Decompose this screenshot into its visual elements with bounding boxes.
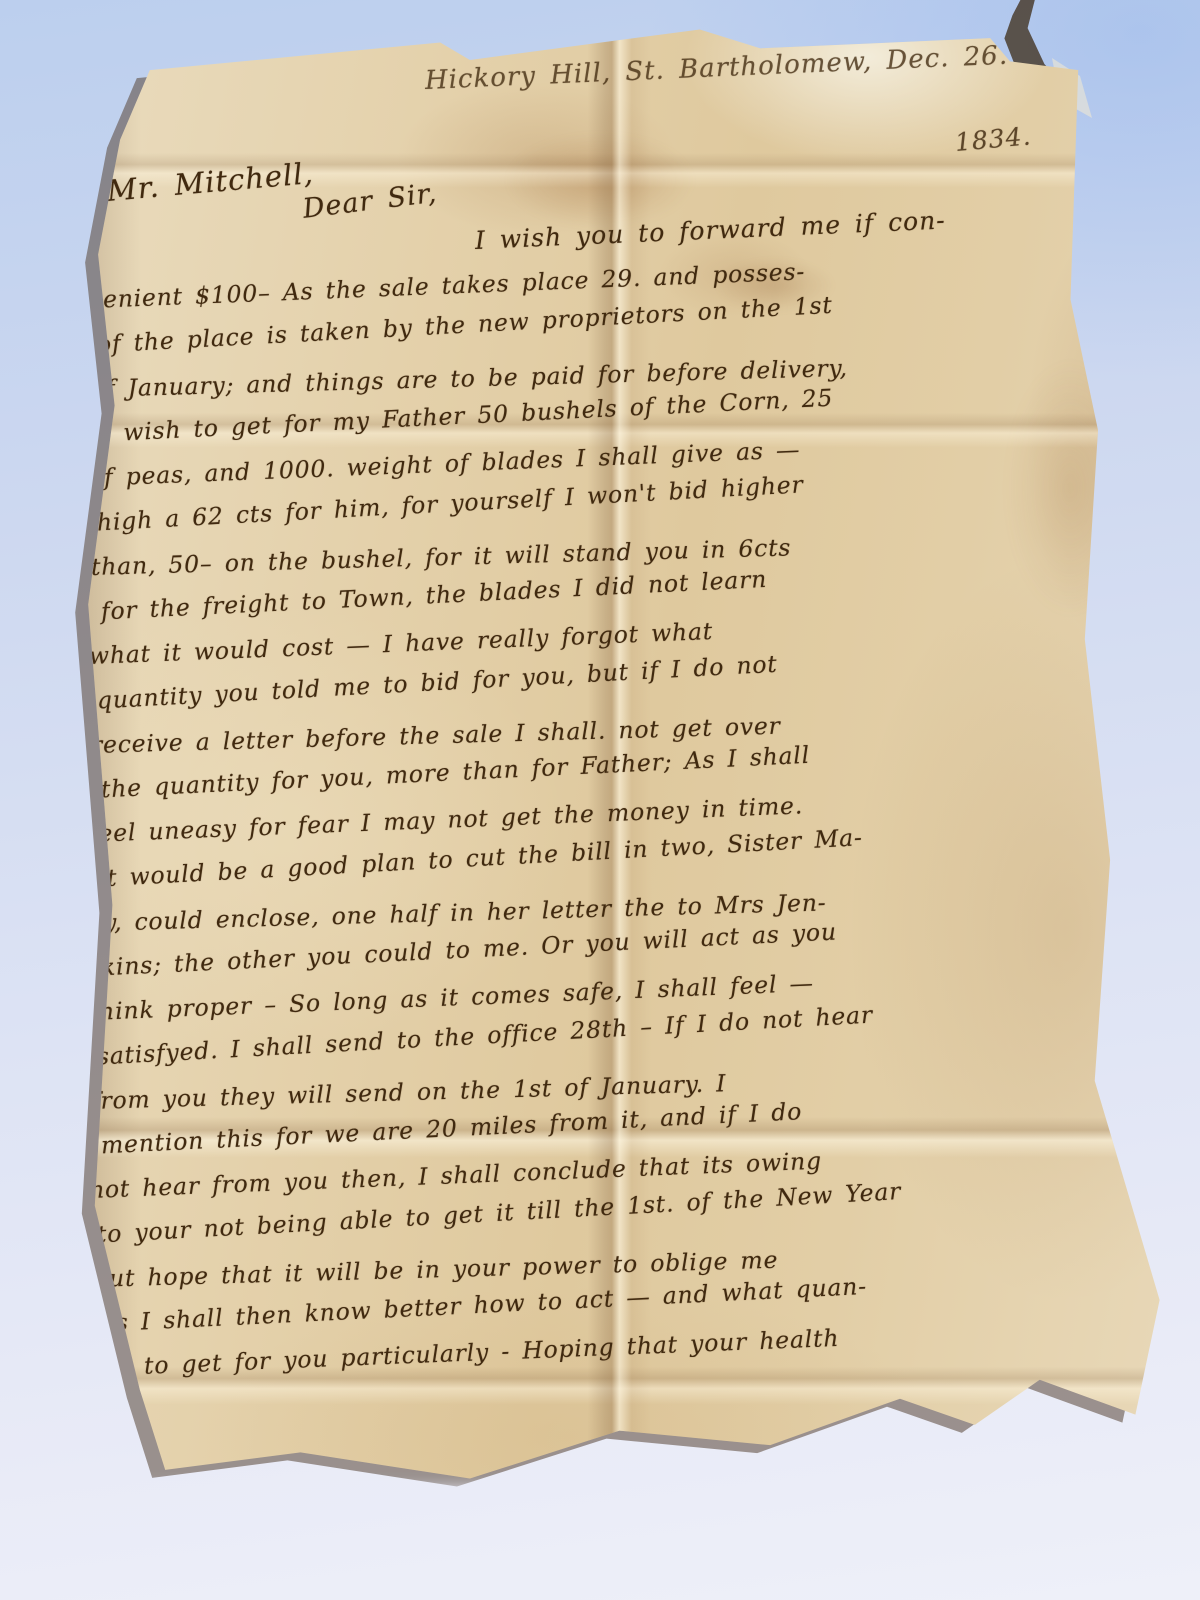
letter-paper: Hickory Hill, St. Bartholomew, Dec. 26. … (75, 28, 1175, 1480)
paper-stain (505, 133, 695, 228)
photo-background: Hickory Hill, St. Bartholomew, Dec. 26. … (0, 0, 1200, 1600)
dateline: Hickory Hill, St. Bartholomew, Dec. 26. (424, 41, 1008, 96)
dateline-year: 1834. (954, 121, 1033, 157)
greeting: Dear Sir, (301, 178, 439, 225)
letter-body: venient $100– As the sale takes place 29… (89, 278, 1099, 1391)
addressee: Mr. Mitchell, (106, 156, 315, 208)
